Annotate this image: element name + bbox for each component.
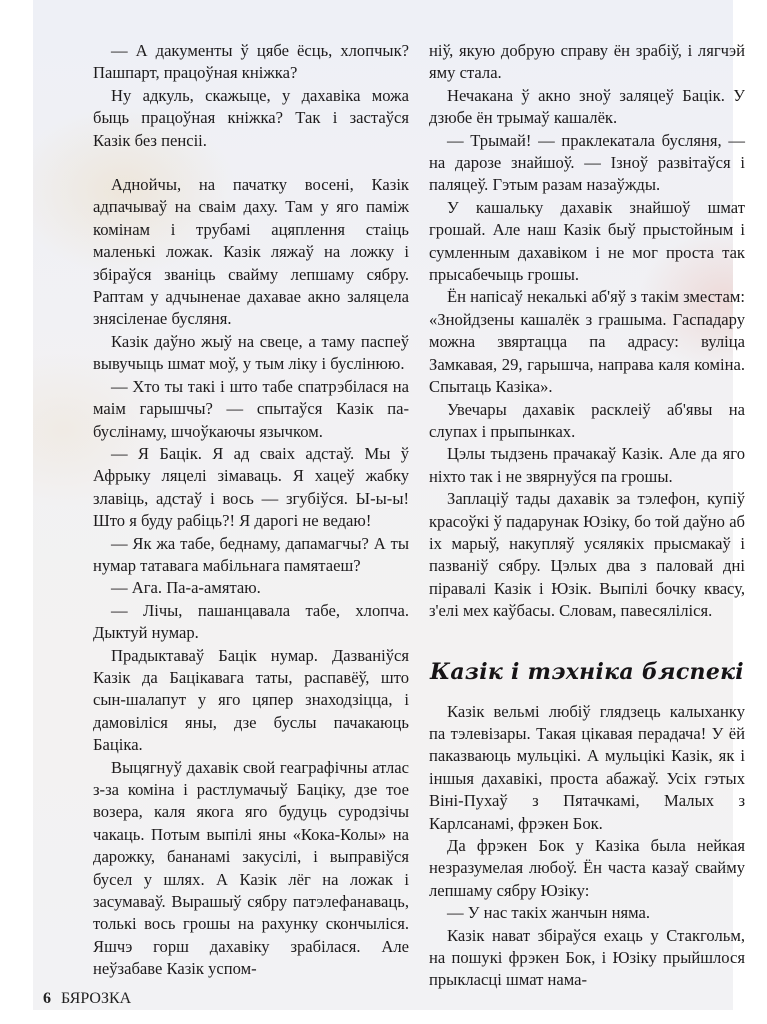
paragraph: У кашальку дахавік знайшоў шмат грошай. … xyxy=(429,197,745,287)
paragraph: — Хто ты такі і што табе спатрэбілася на… xyxy=(93,376,409,443)
left-column: — А дакументы ў цябе ёсць, хлопчык? Пашп… xyxy=(93,40,409,981)
section-break xyxy=(93,152,409,174)
page-number: 6 xyxy=(43,990,51,1007)
paragraph: Цэлы тыдзень прачакаў Казік. Але да яго … xyxy=(429,443,745,488)
paragraph: Заплаціў тады дахавік за тэлефон, купіў … xyxy=(429,488,745,622)
paragraph: Ён напісаў некалькі аб'яў з такім зместа… xyxy=(429,286,745,398)
paragraph: — Лічы, пашанцавала табе, хлопча. Дыктуй… xyxy=(93,600,409,645)
paragraph: — Я Бацік. Я ад сваіх адстаў. Мы ў Афрык… xyxy=(93,443,409,533)
paragraph-continued: ніў, якую добрую справу ён зрабіў, і ляг… xyxy=(429,40,745,85)
paragraph: Казік даўно жыў на свеце, а таму паспеў … xyxy=(93,331,409,376)
paragraph: Да фрэкен Бок у Казіка была нейкая незра… xyxy=(429,835,745,902)
paragraph: Нечакана ў акно зноў заляцеў Бацік. У дз… xyxy=(429,85,745,130)
paragraph: Аднойчы, на пачатку восені, Казік адпачы… xyxy=(93,174,409,331)
paragraph: Выцягнуў дахавік свой геаграфічны атлас … xyxy=(93,757,409,981)
paragraph: Увечары дахавік расклеіў аб'явы на слупа… xyxy=(429,399,745,444)
paragraph: Казік нават збіраўся ехаць у Стакгольм, … xyxy=(429,925,745,992)
paragraph: — Ага. Па-а-амятаю. xyxy=(93,577,409,599)
page-footer: 6 БЯРОЗКА xyxy=(43,990,131,1008)
paragraph: Казік вельмі любіў глядзець калыханку па… xyxy=(429,701,745,835)
paragraph: — А дакументы ў цябе ёсць, хлопчык? Пашп… xyxy=(93,40,409,85)
paragraph: Прадыктаваў Бацік нумар. Дазваніўся Казі… xyxy=(93,645,409,757)
right-column: ніў, якую добрую справу ён зрабіў, і ляг… xyxy=(429,40,745,992)
paragraph: — Трымай! — праклекатала бусляня, — на д… xyxy=(429,130,745,197)
paragraph: Ну адкуль, скажыце, у дахавіка можа быць… xyxy=(93,85,409,152)
section-heading: Казік і тэхніка бяспекі xyxy=(429,659,745,685)
paragraph: — У нас такіх жанчын няма. xyxy=(429,902,745,924)
magazine-name: БЯРОЗКА xyxy=(61,990,131,1007)
paragraph: — Як жа табе, беднаму, дапамагчы? А ты н… xyxy=(93,533,409,578)
magazine-page: — А дакументы ў цябе ёсць, хлопчык? Пашп… xyxy=(33,0,733,1010)
